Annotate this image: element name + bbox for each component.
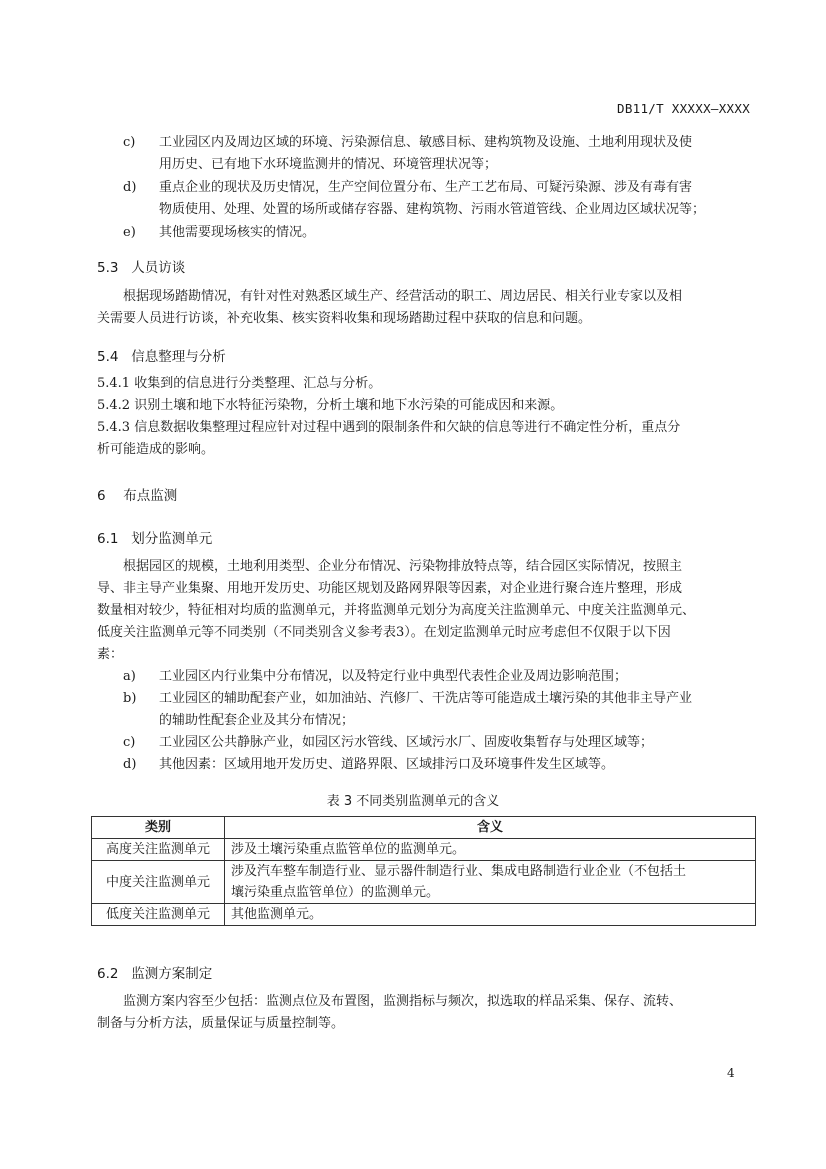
list-text-line: 重点企业的现状及历史情况，生产空间位置分布、生产工艺布局、可疑污染源、涉及有毒有…	[159, 177, 692, 199]
list-text-line: 其他因素：区域用地开发历史、道路界限、区域排污口及环境事件发生区域等。	[159, 754, 614, 776]
paragraph-line: 根据园区的规模，土地利用类型、企业分布情况、污染物排放特点等，结合园区实际情况，…	[97, 556, 695, 578]
section-heading-5-4: 5.4 信息整理与分析	[97, 345, 226, 365]
list-text-line: 用历史、已有地下水环境监测井的情况、环境管理状况等；	[159, 154, 497, 176]
paragraph-6-2: 监测方案内容至少包括：监测点位及布置图，监测指标与频次，拟选取的样品采集、保存、…	[97, 991, 682, 1035]
table-row: 中度关注监测单元 涉及汽车整车制造行业、显示器件制造行业、集成电路制造行业企业（…	[92, 861, 756, 904]
paragraph-line: 根据现场踏勘情况，有针对性对熟悉区域生产、经营活动的职工、周边居民、相关行业专家…	[97, 286, 682, 308]
paragraph-line: 数量相对较少，特征相对均质的监测单元，并将监测单元划分为高度关注监测单元、中度关…	[97, 600, 695, 622]
cell-line: 其他监测单元。	[231, 904, 749, 925]
paragraph-5-3: 根据现场踏勘情况，有针对性对熟悉区域生产、经营活动的职工、周边居民、相关行业专家…	[97, 286, 682, 330]
paragraph-line: 制备与分析方法，质量保证与质量控制等。	[97, 1013, 682, 1035]
section-heading-6-1: 6.1 划分监测单元	[97, 527, 212, 547]
section-title: 信息整理与分析	[131, 349, 226, 365]
table-3: 类别 含义 高度关注监测单元 涉及土壤污染重点监管单位的监测单元。 中度关注监测…	[91, 816, 756, 926]
table-cell-definition: 涉及汽车整车制造行业、显示器件制造行业、集成电路制造行业企业（不包括土 壤污染重…	[225, 861, 756, 904]
list-text-line: 工业园区内及周边区域的环境、污染源信息、敏感目标、建构筑物及设施、土地利用现状及…	[159, 132, 692, 154]
paragraph-line: 素：	[97, 644, 695, 666]
list-marker: d)	[123, 177, 153, 199]
chapter-title: 布点监测	[123, 488, 177, 504]
cell-line: 涉及土壤污染重点监管单位的监测单元。	[231, 839, 749, 860]
section-title: 人员访谈	[131, 260, 185, 276]
chapter-number: 6	[97, 488, 119, 504]
subsection-5-4-3: 5.4.3 信息数据收集整理过程应针对过程中遇到的限制条件和欠缺的信息等进行不确…	[97, 417, 680, 439]
table-cell-category: 中度关注监测单元	[92, 861, 225, 904]
list-text-line: 工业园区公共静脉产业，如园区污水管线、区域污水厂、固废收集暂存与处理区域等；	[159, 732, 653, 754]
table-header-definition: 含义	[225, 817, 756, 839]
paragraph-line: 导、非主导产业集聚、用地开发历史、功能区规划及路网界限等因素，对企业进行聚合连片…	[97, 578, 695, 600]
section-heading-6-2: 6.2 监测方案制定	[97, 962, 212, 982]
subsection-5-4-3-cont: 析可能造成的影响。	[97, 439, 680, 461]
list-marker: a)	[123, 666, 153, 688]
cell-line: 壤污染重点监管单位）的监测单元。	[231, 882, 749, 903]
paragraph-6-1: 根据园区的规模，土地利用类型、企业分布情况、污染物排放特点等，结合园区实际情况，…	[97, 556, 695, 666]
list-marker: c)	[123, 732, 153, 754]
table-cell-category: 高度关注监测单元	[92, 839, 225, 861]
list-marker: b)	[123, 688, 153, 710]
paragraph-line: 关需要人员进行访谈，补充收集、核实资料收集和现场踏勘过程中获取的信息和问题。	[97, 308, 682, 330]
table-cell-definition: 其他监测单元。	[225, 904, 756, 926]
list-text-line: 其他需要现场核实的情况。	[159, 222, 315, 244]
paragraph-line: 低度关注监测单元等不同类别（不同类别含义参考表3）。在划定监测单元时应考虑但不仅…	[97, 622, 695, 644]
table-cell-definition: 涉及土壤污染重点监管单位的监测单元。	[225, 839, 756, 861]
subsection-5-4-1: 5.4.1 收集到的信息进行分类整理、汇总与分析。	[97, 373, 680, 395]
document-code: DB11/T XXXXX—XXXX	[617, 101, 750, 116]
list-marker: d)	[123, 754, 153, 776]
subsection-list-5-4: 5.4.1 收集到的信息进行分类整理、汇总与分析。 5.4.2 识别土壤和地下水…	[97, 373, 680, 461]
section-number: 5.4	[97, 349, 127, 365]
table-header-category: 类别	[92, 817, 225, 839]
table-row: 低度关注监测单元 其他监测单元。	[92, 904, 756, 926]
section-title: 划分监测单元	[131, 531, 212, 547]
paragraph-line: 监测方案内容至少包括：监测点位及布置图，监测指标与频次，拟选取的样品采集、保存、…	[97, 991, 682, 1013]
cell-line: 涉及汽车整车制造行业、显示器件制造行业、集成电路制造行业企业（不包括土	[231, 861, 749, 882]
list-text-line: 物质使用、处理、处置的场所或储存容器、建构筑物、污雨水管道管线、企业周边区域状况…	[159, 199, 705, 221]
list-text-line: 的辅助性配套企业及其分布情况；	[159, 710, 354, 732]
section-number: 6.1	[97, 531, 127, 547]
subsection-5-4-2: 5.4.2 识别土壤和地下水特征污染物，分析土壤和地下水污染的可能成因和来源。	[97, 395, 680, 417]
section-number: 6.2	[97, 966, 127, 982]
list-text-line: 工业园区的辅助配套产业，如加油站、汽修厂、干洗店等可能造成土壤污染的其他非主导产…	[159, 688, 692, 710]
section-number: 5.3	[97, 260, 127, 276]
list-marker: e)	[123, 222, 153, 244]
list-marker: c)	[123, 132, 153, 154]
table-header-row: 类别 含义	[92, 817, 756, 839]
table-cell-category: 低度关注监测单元	[92, 904, 225, 926]
list-text-line: 工业园区内行业集中分布情况，以及特定行业中典型代表性企业及周边影响范围；	[159, 666, 627, 688]
section-title: 监测方案制定	[131, 966, 212, 982]
table-row: 高度关注监测单元 涉及土壤污染重点监管单位的监测单元。	[92, 839, 756, 861]
table-caption: 表 3 不同类别监测单元的含义	[0, 790, 826, 809]
section-heading-5-3: 5.3 人员访谈	[97, 256, 185, 276]
chapter-heading-6: 6 布点监测	[97, 484, 177, 504]
page-number: 4	[727, 1066, 735, 1080]
